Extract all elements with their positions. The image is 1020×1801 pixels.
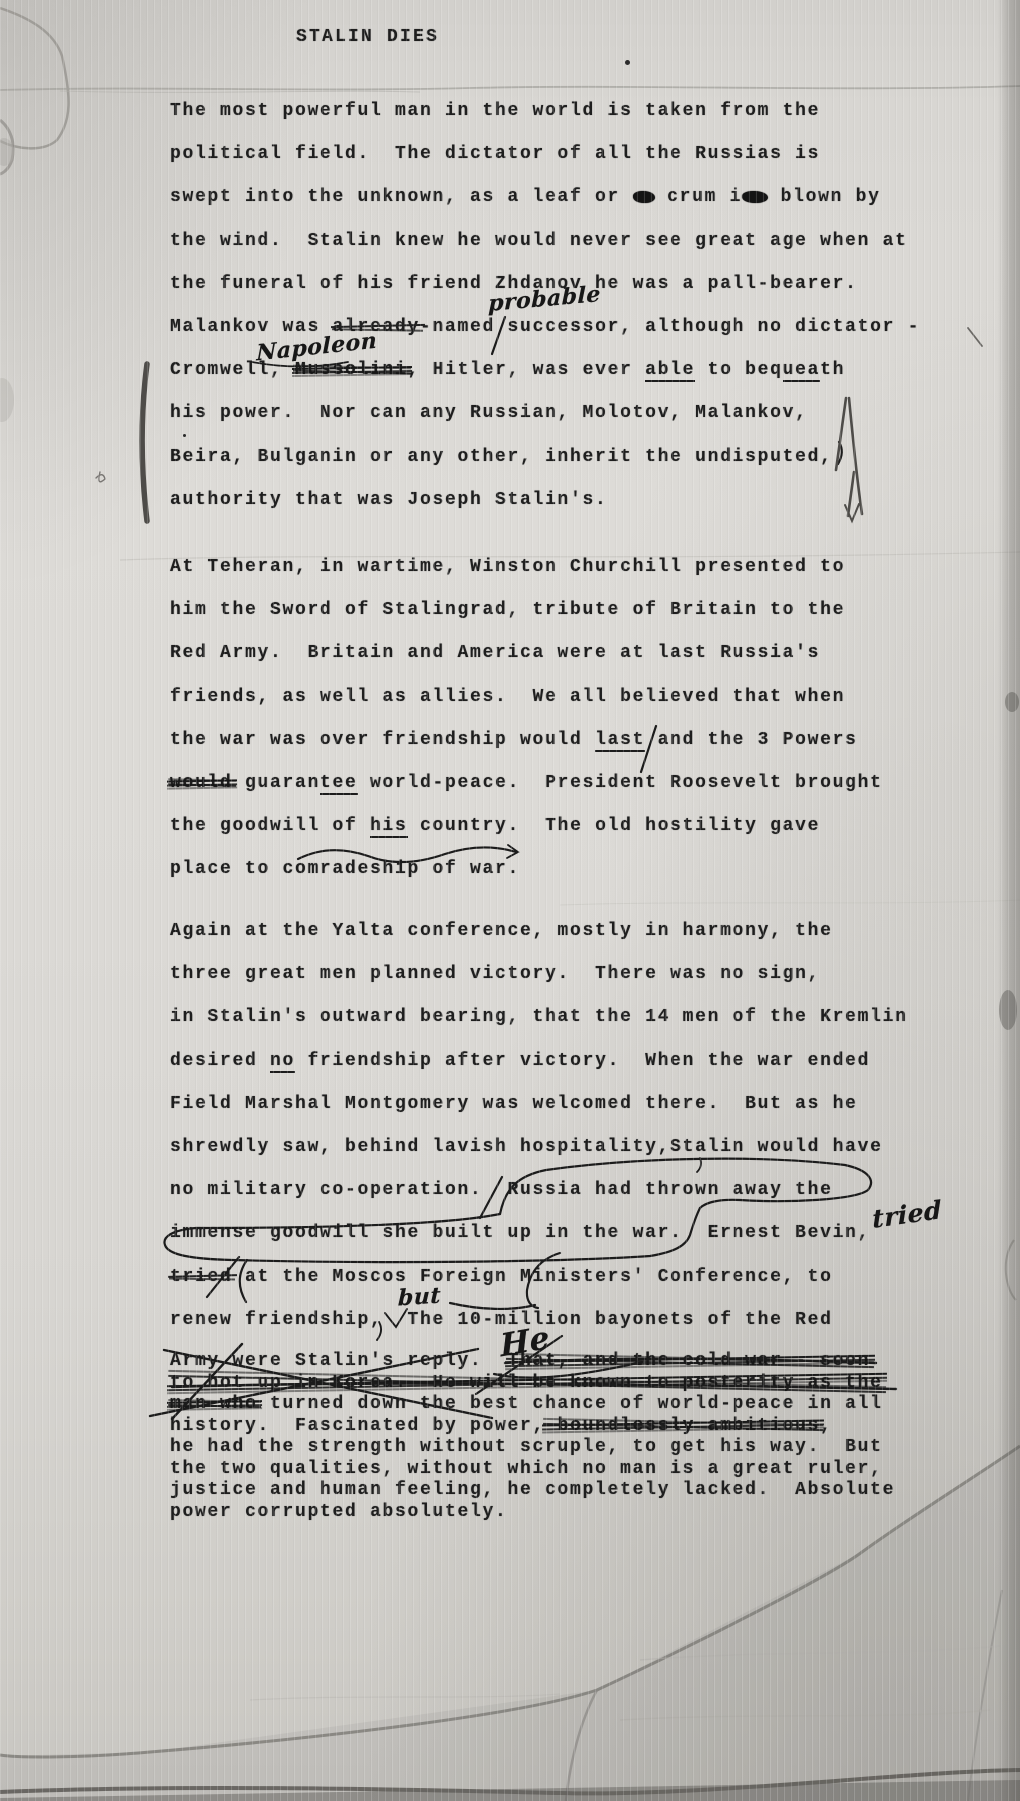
pen-slash xyxy=(641,726,656,772)
transpose-arcs xyxy=(298,847,516,862)
handwritten-annotation: but xyxy=(398,1282,442,1311)
pen-slash xyxy=(480,1177,502,1218)
left-margin-emphasis-line xyxy=(142,364,147,521)
pen-marks-overlay xyxy=(0,0,1020,1801)
circled-passage-loop xyxy=(164,1159,871,1308)
document-page: STALIN DIES The most powerful man in the… xyxy=(0,0,1020,1801)
insertion-line xyxy=(450,1303,535,1309)
insertion-paren xyxy=(240,1260,247,1302)
insertion-caret-slash xyxy=(492,317,505,354)
he-underline-swoosh xyxy=(494,1362,642,1378)
margin-marks xyxy=(96,328,982,521)
